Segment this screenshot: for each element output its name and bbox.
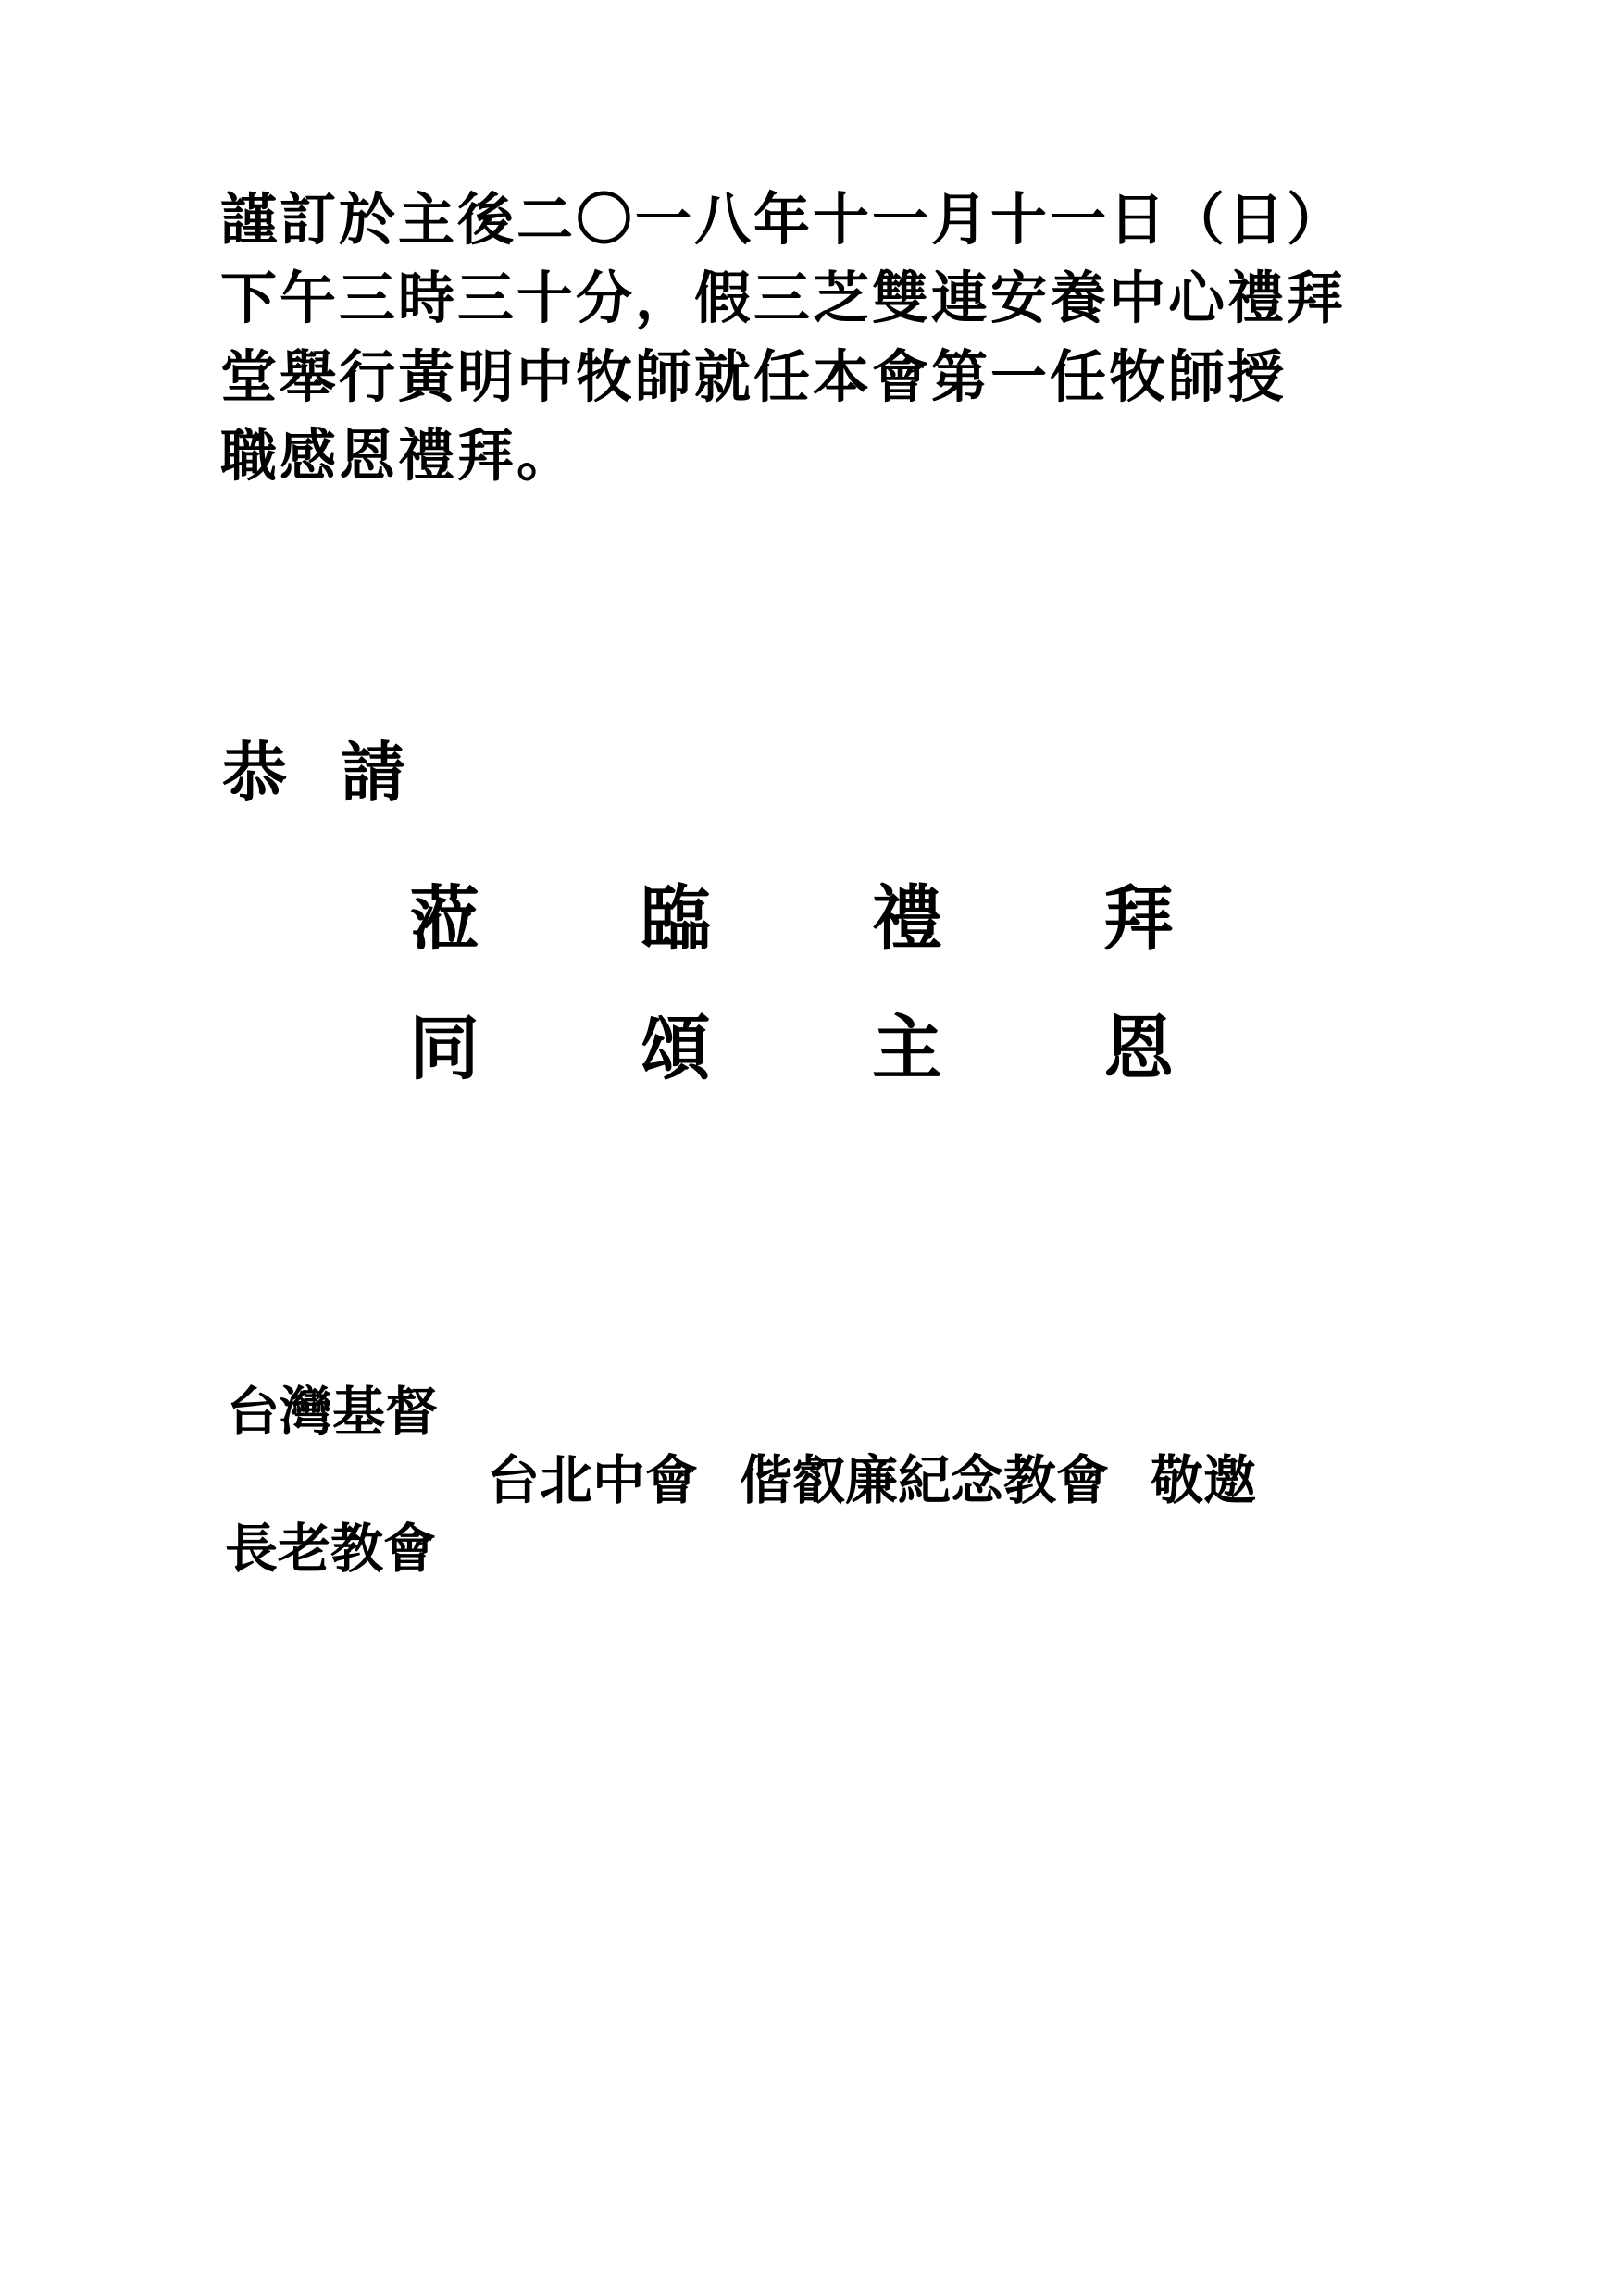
honorific-line-attend-worship: 蒞 臨 禮 拜 (409, 885, 1174, 955)
invitation-body: 謹訂於主後二〇一八年十一月十一日（日） 下午三時三十分，假三芝雙連安養中心禮拜 … (220, 181, 1396, 496)
honorific-char: 臨 (641, 885, 711, 955)
signature-denomination-line1: 台灣基督 (227, 1383, 438, 1444)
honorific-line-praise-grace: 同 頌 主 恩 (409, 1014, 1174, 1085)
honorific-char: 主 (872, 1014, 942, 1085)
salutation-char-1: 恭 (222, 738, 287, 810)
signature-denomination-line2: 長老教會 (225, 1520, 436, 1581)
salutation-char-2: 請 (341, 738, 405, 810)
body-line-1: 謹訂於主後二〇一八年十一月十一日（日） (220, 181, 1396, 260)
honorific-char: 恩 (1103, 1014, 1174, 1085)
signature-organizer-line: 台北中會 偕叡廉紀念教會 敬邀 (487, 1451, 1256, 1512)
signature-closing: 敬邀 (1151, 1451, 1256, 1512)
signature-presbytery: 台北中會 (487, 1451, 698, 1512)
honorific-char: 禮 (872, 885, 942, 955)
honorific-char: 拜 (1103, 885, 1174, 955)
body-line-4: 職感恩禮拜。 (220, 417, 1396, 496)
honorific-char: 頌 (641, 1014, 711, 1085)
signature-church: 偕叡廉紀念教會 (740, 1451, 1109, 1512)
honorific-char: 同 (409, 1014, 479, 1085)
invitation-page: 謹訂於主後二〇一八年十一月十一日（日） 下午三時三十分，假三芝雙連安養中心禮拜 … (0, 0, 1618, 2296)
body-line-3: 堂舉行黃明中牧師就任本會第一任牧師授 (220, 339, 1396, 417)
honorific-char: 蒞 (409, 885, 479, 955)
salutation: 恭 請 (222, 738, 405, 810)
body-line-2: 下午三時三十分，假三芝雙連安養中心禮拜 (220, 260, 1396, 339)
